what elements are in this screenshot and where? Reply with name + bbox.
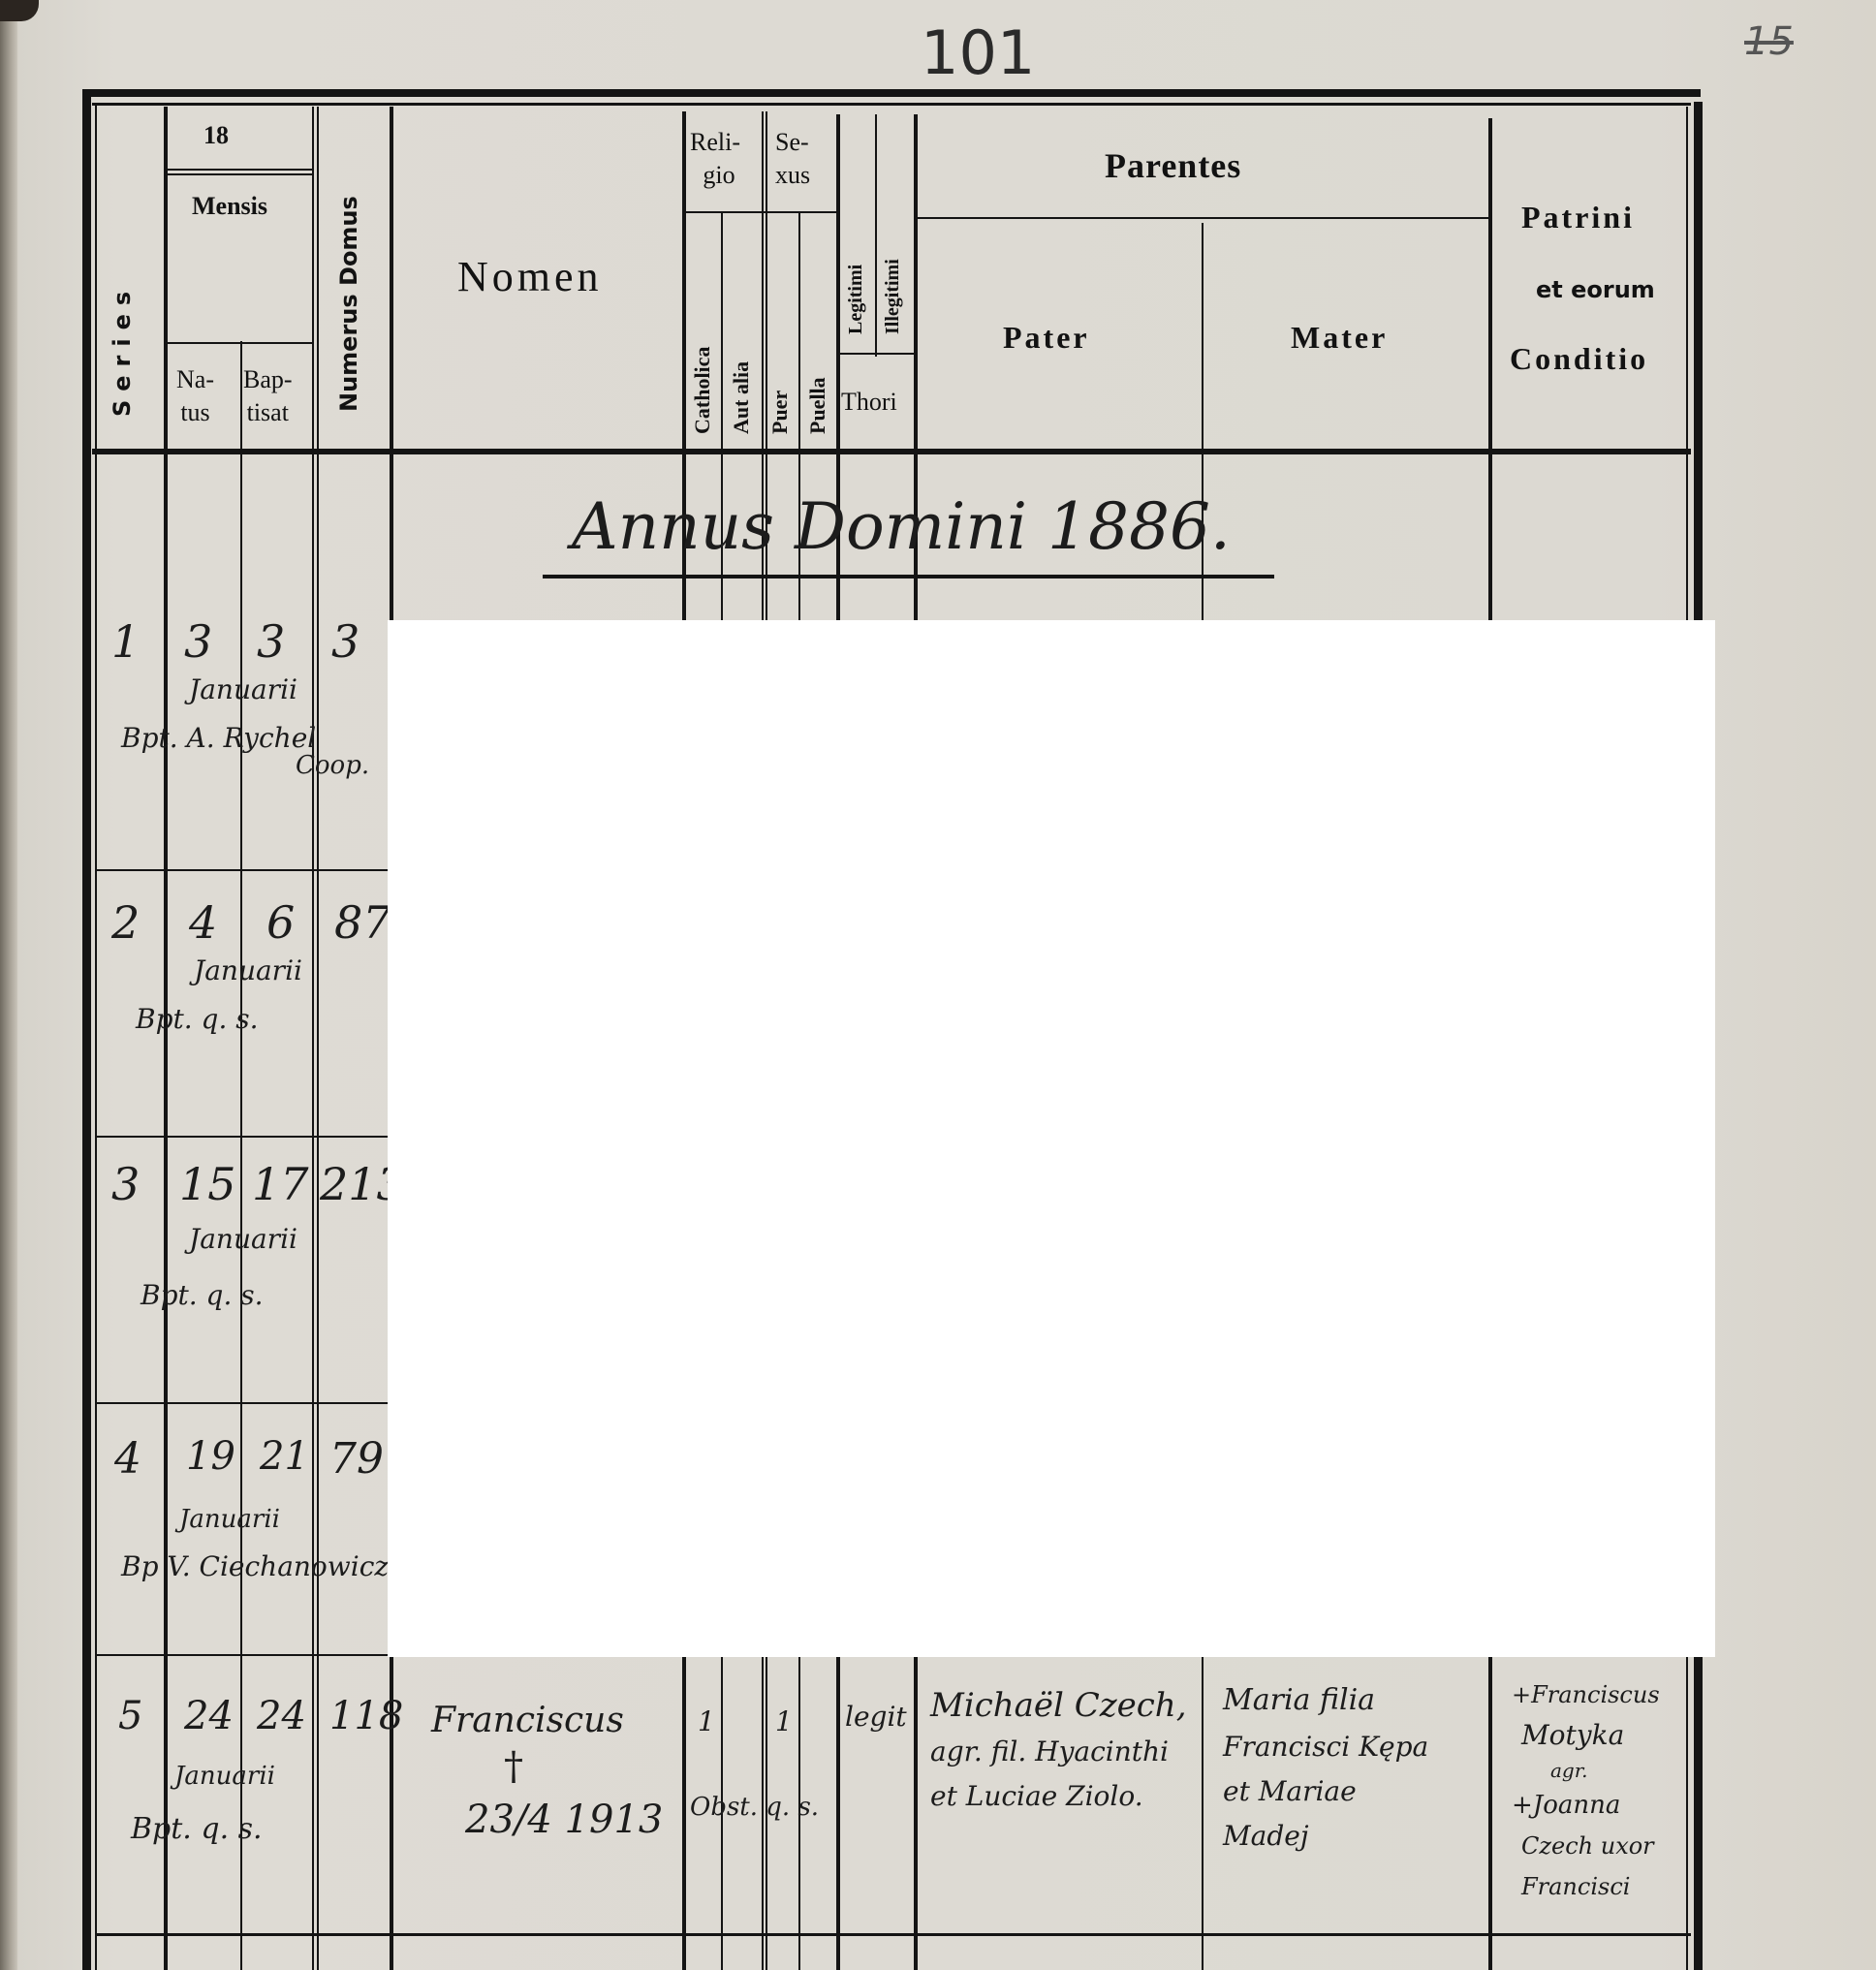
entry-domus: 118 (329, 1694, 403, 1738)
entry-series: 1 (111, 615, 140, 668)
entry-domus: 87 (334, 896, 391, 949)
entry-natus: 3 (184, 615, 212, 668)
entry-natus: 24 (184, 1694, 234, 1738)
entry-baptizer: Bpt. A. Rychel (121, 722, 316, 754)
frame-top-inner (92, 103, 1691, 106)
rule-18 (168, 169, 313, 171)
entry-pater: Michaël Czech, agr. fil. Hyacinthi et Lu… (930, 1681, 1187, 1819)
patrini-line: Motyka (1512, 1715, 1660, 1756)
entry-baptizer: Bpt. q. s. (131, 1812, 263, 1846)
header-sexus-2: xus (775, 159, 810, 192)
header-thori: Thori (841, 388, 897, 417)
header-natus-1: Na- (176, 363, 214, 396)
entry-month: Januarii (189, 1223, 297, 1255)
header-religio: Reli- gio (690, 126, 740, 192)
col-line-baptisat (312, 107, 314, 1970)
rule-mensis (168, 342, 313, 344)
header-parentes: Parentes (1105, 145, 1241, 186)
cross-icon: † (504, 1744, 523, 1789)
book-binding (0, 0, 17, 1970)
entry-death-date: 23/4 1913 (465, 1798, 663, 1842)
header-aut-alia: Aut alia (729, 361, 754, 434)
page-number-pencil: 15 (1744, 19, 1794, 64)
entry-series: 4 (114, 1434, 141, 1484)
entry-series: 3 (111, 1158, 140, 1210)
mater-line: Maria filia (1223, 1676, 1428, 1725)
year-underline (543, 575, 1274, 578)
rule-legit (840, 353, 914, 355)
entry-baptizer: Bpt. q. s. (136, 1003, 259, 1035)
entry-natus: 4 (189, 896, 217, 949)
header-legitimi: Legitimi (845, 265, 867, 334)
header-nomen: Nomen (457, 252, 603, 301)
header-illegitimi: Illegitimi (882, 259, 904, 334)
pater-line: et Luciae Ziolo. (930, 1774, 1187, 1819)
patrini-line: +Franciscus (1512, 1674, 1660, 1715)
frame-top (82, 89, 1701, 97)
entry-baptizer: Bp V. Ciechanowicz (121, 1550, 389, 1582)
entry-series: 5 (118, 1694, 142, 1738)
entry-baptizer: Bpt. q. s. (141, 1279, 264, 1311)
entry-baptizer-title: Coop. (296, 751, 369, 780)
col-line-natus (240, 341, 242, 1970)
rule-parentes (918, 217, 1489, 219)
col-line-legit (875, 114, 877, 357)
entry-legit: legit (845, 1701, 907, 1733)
header-natus-2: tus (176, 396, 214, 429)
entry-month: Januarii (174, 1762, 275, 1791)
redaction-block (388, 620, 1715, 1657)
header-pater: Pater (1003, 320, 1090, 356)
rule-religio (686, 211, 836, 213)
header-baptisat-2: tisat (243, 396, 293, 429)
entry-month: Januarii (179, 1505, 280, 1534)
mater-line: Madej (1223, 1814, 1428, 1859)
entry-baptisat: 3 (257, 615, 285, 668)
binding-corner (0, 0, 39, 21)
entry-mater: Maria filia Francisci Kępa et Mariae Mad… (1223, 1676, 1428, 1859)
register-page: 101 15 Series 18 Mensis Na- tus Bap- tis… (0, 0, 1876, 1970)
header-conditio: Conditio (1510, 341, 1648, 377)
header-religio-1: Reli- (690, 126, 740, 159)
entry-obstetrix: Obst. q. s. (690, 1793, 819, 1822)
col-line-series (164, 107, 168, 1970)
header-numerus-domus: Numerus Domus (335, 196, 362, 412)
entry-natus: 15 (179, 1158, 236, 1210)
row-sep-1 (97, 869, 388, 871)
entry-nomen: Franciscus (431, 1701, 624, 1740)
year-heading: Annus Domini 1886. (572, 489, 1231, 564)
patrini-line: agr. (1512, 1756, 1660, 1785)
header-puer: Puer (767, 391, 793, 434)
header-puella: Puella (805, 377, 830, 434)
entry-series: 2 (111, 896, 140, 949)
header-et-eorum: et eorum (1536, 276, 1655, 303)
entry-month: Januarii (189, 673, 297, 705)
row-sep-2 (97, 1136, 388, 1138)
mater-line: Francisci Kępa (1223, 1725, 1428, 1769)
page-number-ink: 101 (921, 17, 1035, 88)
patrini-line: Francisci (1512, 1866, 1660, 1907)
header-catholica: Catholica (690, 347, 715, 434)
col-line-baptisat-b (317, 107, 319, 1970)
row-sep-3 (97, 1402, 388, 1404)
row-sep-5 (97, 1933, 1691, 1936)
entry-baptisat: 17 (252, 1158, 309, 1210)
header-baptisat-1: Bap- (243, 363, 293, 396)
header-sexus: Se- xus (775, 126, 810, 192)
patrini-line: Czech uxor (1512, 1826, 1660, 1866)
entry-puer: 1 (775, 1705, 793, 1737)
entry-domus: 3 (331, 615, 360, 668)
entry-patrini: +Franciscus Motyka agr. +Joanna Czech ux… (1512, 1674, 1660, 1907)
entry-baptisat: 21 (260, 1434, 309, 1479)
header-mater: Mater (1291, 320, 1388, 356)
patrini-line: +Joanna (1512, 1785, 1660, 1826)
header-bottom-rule (92, 449, 1691, 454)
entry-baptisat: 24 (257, 1694, 306, 1738)
header-baptisat: Bap- tisat (243, 363, 293, 429)
mater-line: et Mariae (1223, 1769, 1428, 1814)
pater-line: Michaël Czech, (930, 1681, 1187, 1730)
entry-month: Januarii (194, 954, 302, 986)
pater-line: agr. fil. Hyacinthi (930, 1730, 1187, 1774)
rule-18-b (168, 173, 313, 175)
frame-left-inner (95, 103, 97, 1970)
entry-domus: 79 (329, 1434, 384, 1484)
header-religio-2: gio (690, 159, 740, 192)
header-sexus-1: Se- (775, 126, 810, 159)
frame-left (82, 89, 91, 1970)
entry-catholica: 1 (698, 1705, 715, 1737)
entry-baptisat: 6 (266, 896, 295, 949)
header-mensis: Mensis (192, 192, 267, 221)
header-natus: Na- tus (176, 363, 214, 429)
header-patrini: Patrini (1521, 200, 1635, 235)
entry-natus: 19 (186, 1434, 235, 1479)
header-series: Series (109, 283, 136, 417)
header-year-prefix: 18 (203, 121, 229, 150)
